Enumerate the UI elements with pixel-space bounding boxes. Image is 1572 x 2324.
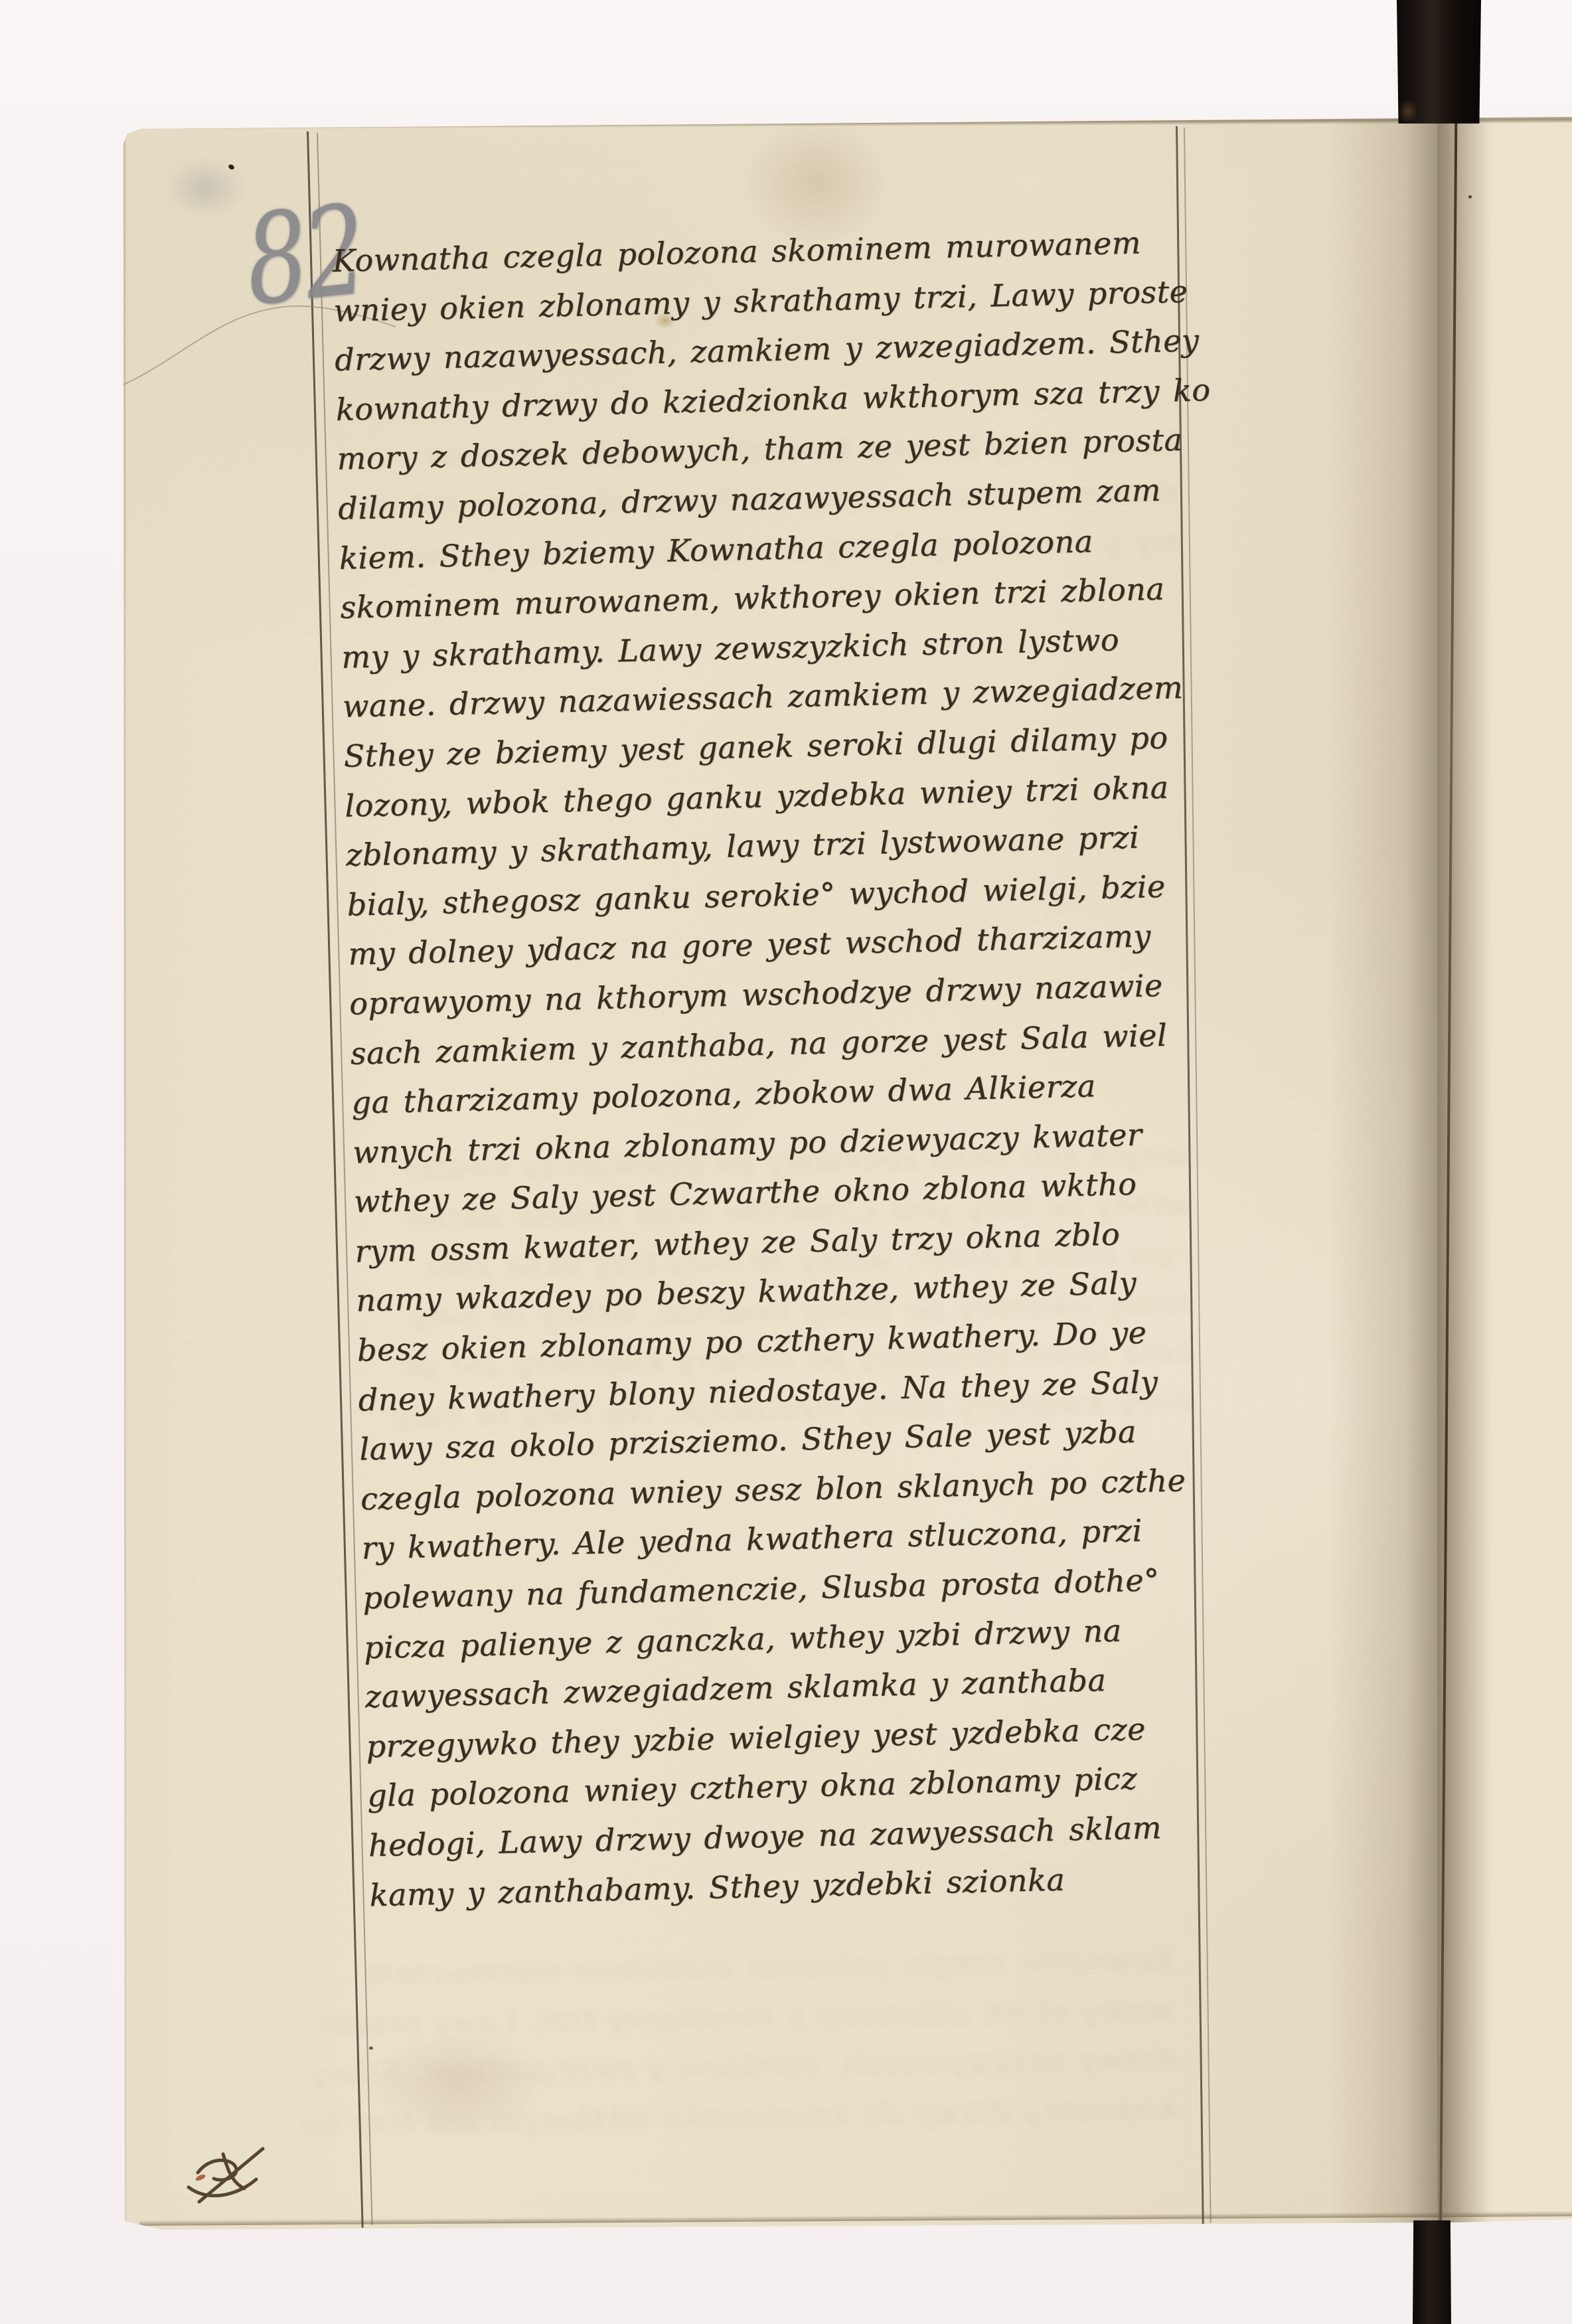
ink-speck bbox=[369, 2046, 373, 2050]
gutter-shadow bbox=[1328, 0, 1437, 2324]
manuscript-page: kiem. Sthey bziemy Kownatha czegla poloz… bbox=[0, 0, 1572, 2324]
bookmark-ribbon-bottom bbox=[1413, 2220, 1451, 2324]
page-left-edge bbox=[121, 129, 127, 2226]
facing-page-shadow bbox=[1437, 0, 1490, 2324]
ribbon-fold-glint bbox=[1398, 100, 1418, 124]
ink-speck bbox=[1468, 195, 1472, 199]
manuscript-scan: kiem. Sthey bziemy Kownatha czegla poloz… bbox=[0, 0, 1572, 2324]
handwritten-text-block: Kownatha czegla polozona skominem murowa… bbox=[332, 217, 1214, 1920]
